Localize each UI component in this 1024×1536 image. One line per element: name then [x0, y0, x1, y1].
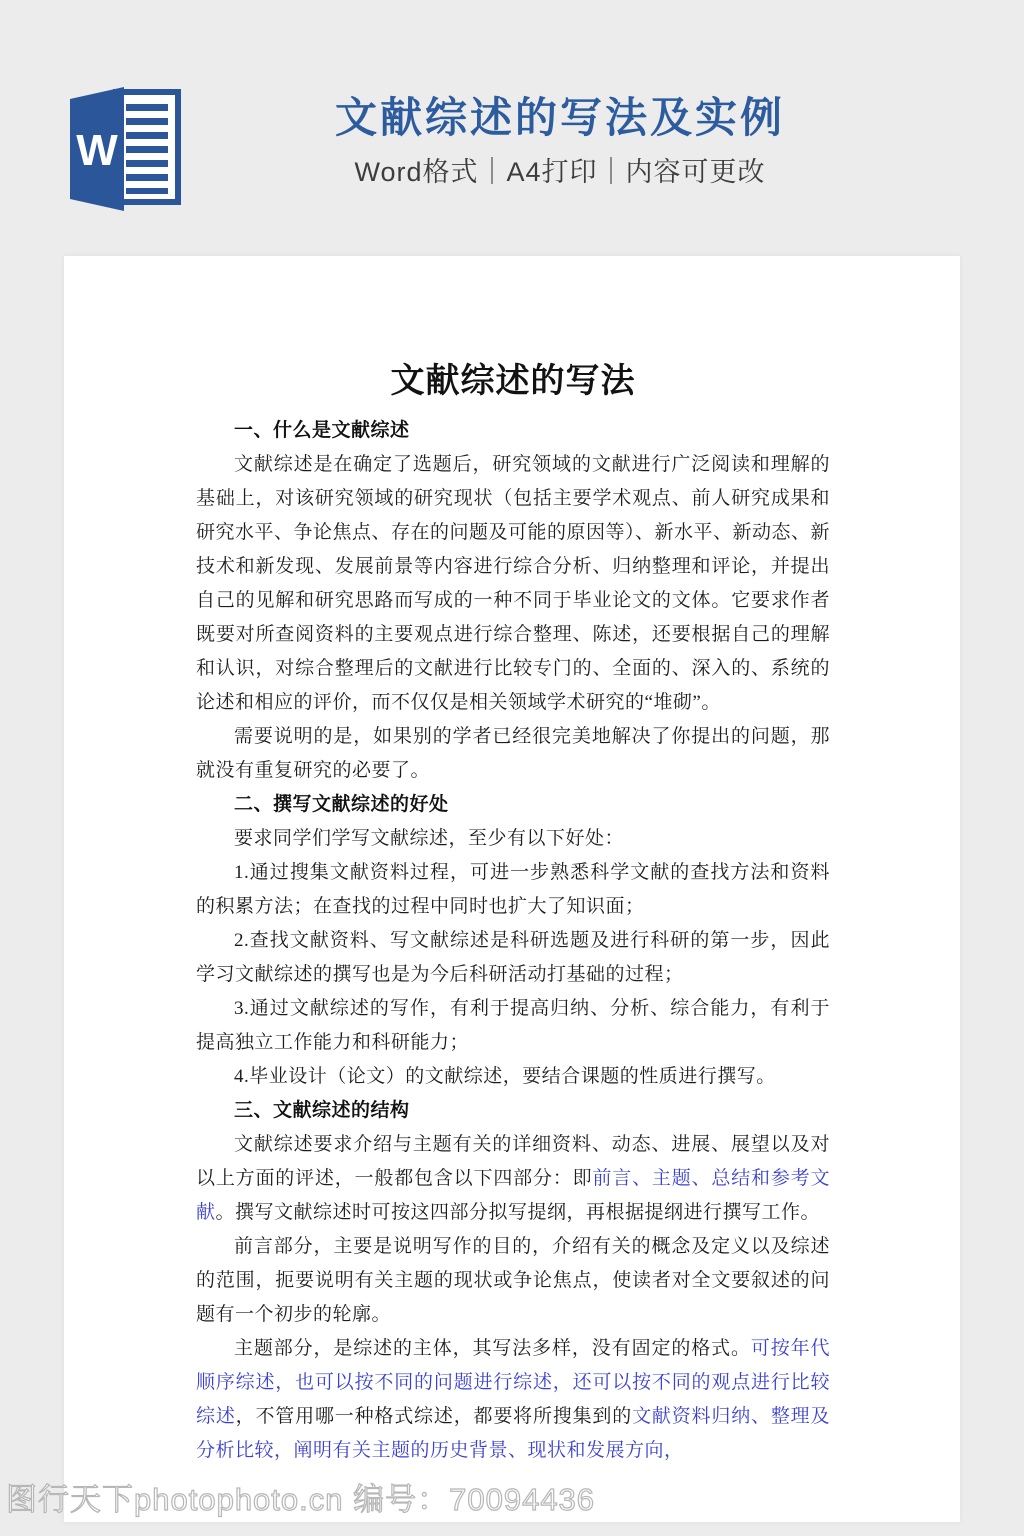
text-run: 需要说明的是，如果别的学者已经很完美地解决了你提出的问题，那就没有重复研究的必要… — [196, 726, 830, 781]
text-run: 2.查找文献资料、写文献综述是科研选题及进行科研的第一步，因此学习文献综述的撰写… — [196, 930, 830, 985]
paragraph: 2.查找文献资料、写文献综述是科研选题及进行科研的第一步，因此学习文献综述的撰写… — [196, 924, 830, 992]
text-run: 4.毕业设计（论文）的文献综述，要结合课题的性质进行撰写。 — [234, 1066, 776, 1087]
section-heading: 二、撰写文献综述的好处 — [196, 788, 830, 822]
header-text-block: 文献综述的写法及实例 Word格式｜A4打印｜内容可更改 — [0, 92, 1024, 190]
text-run: 二、撰写文献综述的好处 — [234, 794, 449, 815]
text-run: 文献综述是在确定了选题后，研究领域的文献进行广泛阅读和理解的基础上，对该研究领域… — [196, 454, 830, 713]
document-preview: W 文献综述的写法及实例 Word格式｜A4打印｜内容可更改 文献综述的写法 一… — [0, 0, 1024, 1536]
paragraph: 前言部分，主要是说明写作的目的，介绍有关的概念及定义以及综述的范围，扼要说明有关… — [196, 1230, 830, 1332]
text-run: 1.通过搜集文献资料过程，可进一步熟悉科学文献的查找方法和资料的积累方法；在查找… — [196, 862, 830, 917]
text-run: 要求同学们学写文献综述，至少有以下好处： — [234, 828, 624, 849]
text-run: ，不管用哪一种格式综述，都要将所搜集到的 — [236, 1406, 632, 1427]
paragraph: 3.通过文献综述的写作，有利于提高归纳、分析、综合能力，有利于提高独立工作能力和… — [196, 992, 830, 1060]
paragraph: 要求同学们学写文献综述，至少有以下好处： — [196, 822, 830, 856]
header-title: 文献综述的写法及实例 — [96, 92, 1024, 144]
header-subtitle: Word格式｜A4打印｜内容可更改 — [96, 154, 1024, 190]
watermark-text: 图行天下photophoto.cn 编号：70094436 — [6, 1481, 595, 1519]
text-run: 三、文献综述的结构 — [234, 1100, 410, 1121]
paragraph: 文献综述是在确定了选题后，研究领域的文献进行广泛阅读和理解的基础上，对该研究领域… — [196, 448, 830, 720]
paragraph: 1.通过搜集文献资料过程，可进一步熟悉科学文献的查找方法和资料的积累方法；在查找… — [196, 856, 830, 924]
header: W 文献综述的写法及实例 Word格式｜A4打印｜内容可更改 — [0, 0, 1024, 256]
document-body: 一、什么是文献综述文献综述是在确定了选题后，研究领域的文献进行广泛阅读和理解的基… — [196, 414, 830, 1468]
text-run: 一、什么是文献综述 — [234, 420, 410, 441]
text-run: 3.通过文献综述的写作，有利于提高归纳、分析、综合能力，有利于提高独立工作能力和… — [196, 998, 830, 1053]
section-heading: 三、文献综述的结构 — [196, 1094, 830, 1128]
document-page: 文献综述的写法 一、什么是文献综述文献综述是在确定了选题后，研究领域的文献进行广… — [64, 256, 960, 1522]
text-run: 主题部分，是综述的主体，其写法多样，没有固定的格式。 — [234, 1338, 751, 1359]
paragraph: 主题部分，是综述的主体，其写法多样，没有固定的格式。可按年代顺序综述，也可以按不… — [196, 1332, 830, 1468]
text-run: 。撰写文献综述时可按这四部分拟写提纲，再根据提纲进行撰写工作。 — [216, 1202, 821, 1223]
text-run: 前言部分，主要是说明写作的目的，介绍有关的概念及定义以及综述的范围，扼要说明有关… — [196, 1236, 830, 1325]
paragraph: 文献综述要求介绍与主题有关的详细资料、动态、进展、展望以及对以上方面的评述，一般… — [196, 1128, 830, 1230]
document-title: 文献综述的写法 — [196, 358, 830, 404]
paragraph: 4.毕业设计（论文）的文献综述，要结合课题的性质进行撰写。 — [196, 1060, 830, 1094]
section-heading: 一、什么是文献综述 — [196, 414, 830, 448]
paragraph: 需要说明的是，如果别的学者已经很完美地解决了你提出的问题，那就没有重复研究的必要… — [196, 720, 830, 788]
